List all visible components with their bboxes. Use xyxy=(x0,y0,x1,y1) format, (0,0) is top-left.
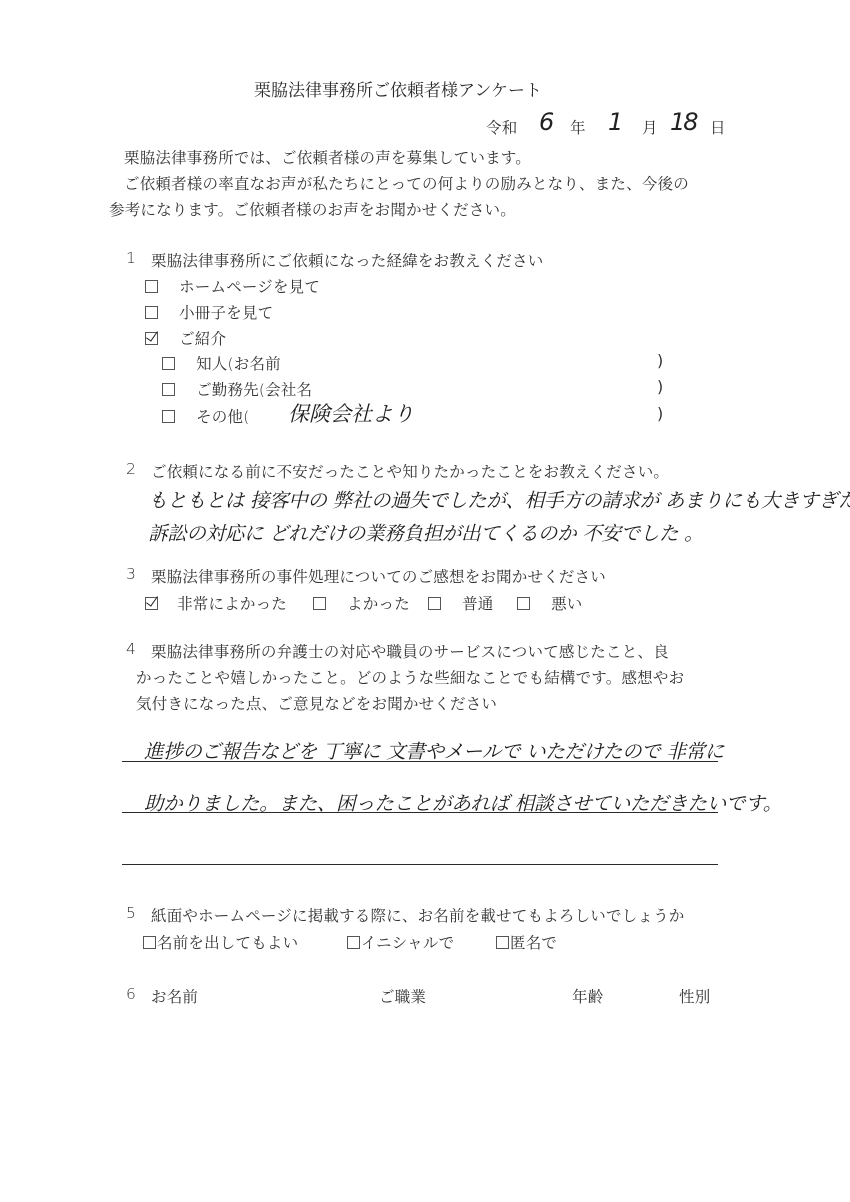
checkbox-icon[interactable] xyxy=(145,306,158,319)
q3-option-label: よかった xyxy=(347,595,410,613)
q4-text-line-1: 栗脇法律事務所の弁護士の対応や職員のサービスについて感じたこと、良 xyxy=(151,640,669,662)
q1-sub-option-close-paren: ) xyxy=(657,377,663,396)
q1-sub-option-label: その他( xyxy=(196,408,249,426)
q1-sub-option-close-paren: ) xyxy=(657,351,663,370)
date-day-value[interactable]: 18 xyxy=(670,108,697,136)
q2-number: 2 xyxy=(126,460,136,478)
date-year-value[interactable]: 6 xyxy=(539,108,554,136)
q4-text-line-2: かったことや嬉しかったこと。どのような些細なことでも結構です。感想やお xyxy=(136,666,684,688)
q1-sub-option-other[interactable]: その他( xyxy=(162,405,249,427)
q5-option-anonymous[interactable]: 匿名で xyxy=(496,931,557,953)
q1-sub-option-acquaintance[interactable]: 知人(お名前 xyxy=(162,352,281,374)
q3-number: 3 xyxy=(126,565,136,583)
q1-option-homepage[interactable]: ホームページを見て xyxy=(145,275,320,297)
date-month-unit: 月 xyxy=(642,116,658,138)
q6-field-name-label: お名前 xyxy=(151,985,198,1007)
q5-option-label: 名前を出してもよい xyxy=(157,934,298,952)
q5-option-real-name[interactable]: 名前を出してもよい xyxy=(143,931,298,953)
q3-option-label: 非常によかった xyxy=(177,595,287,613)
intro-line-3: 参考になります。ご依頼者様のお声をお聞かせください。 xyxy=(109,198,516,220)
checkbox-icon[interactable] xyxy=(313,597,326,610)
q2-text: ご依頼になる前に不安だったことや知りたかったことをお教えください。 xyxy=(151,460,669,482)
q3-option-good[interactable]: よかった xyxy=(313,592,410,614)
q6-field-occupation-value[interactable] xyxy=(440,985,560,1005)
date-era: 令和 xyxy=(486,116,517,138)
q6-field-name-value[interactable] xyxy=(220,985,360,1005)
checkbox-icon[interactable] xyxy=(162,357,175,370)
q1-option-label: 小冊子を見て xyxy=(179,304,273,322)
q6-field-gender-value[interactable] xyxy=(716,985,756,1005)
checkbox-icon[interactable] xyxy=(428,597,441,610)
q1-option-booklet[interactable]: 小冊子を見て xyxy=(145,301,273,323)
checkbox-icon[interactable] xyxy=(162,383,175,396)
q3-option-label: 普通 xyxy=(462,595,493,613)
q6-number: 6 xyxy=(126,985,136,1003)
checkbox-icon[interactable] xyxy=(517,597,530,610)
q1-option-label: ご紹介 xyxy=(179,330,226,348)
q6-field-occupation-label: ご職業 xyxy=(379,985,426,1007)
date-year-unit: 年 xyxy=(570,116,586,138)
q3-option-label: 悪い xyxy=(551,595,582,613)
answer-rule-3 xyxy=(122,864,718,865)
q4-number: 4 xyxy=(126,640,136,658)
q6-field-age-label: 年齢 xyxy=(572,985,603,1007)
q5-text: 紙面やホームページに掲載する際に、お名前を載せてもよろしいでしょうか xyxy=(151,904,685,926)
q1-option-label: ホームページを見て xyxy=(179,278,320,296)
date-day-unit: 日 xyxy=(710,116,726,138)
q1-sub-option-label: ご勤務先(会社名 xyxy=(196,381,312,399)
q5-option-label: 匿名で xyxy=(510,934,557,952)
q4-text-line-3: 気付きになった点、ご意見などをお聞かせください xyxy=(136,692,497,714)
checkbox-icon[interactable] xyxy=(162,410,175,423)
q1-sub-option-label: 知人(お名前 xyxy=(196,355,281,373)
q1-sub-option-close-paren: ) xyxy=(657,404,663,423)
q3-option-bad[interactable]: 悪い xyxy=(517,592,583,614)
q6-field-age-value[interactable] xyxy=(615,985,670,1005)
checkbox-checked-icon[interactable] xyxy=(145,332,158,345)
q2-answer-line-1[interactable]: もともとは 接客中の 弊社の過失でしたが、相手方の請求が あまりにも大きすぎたの… xyxy=(148,485,850,513)
q1-option-referral[interactable]: ご紹介 xyxy=(145,327,226,349)
date-month-value[interactable]: 1 xyxy=(608,108,623,136)
intro-line-2: ご依頼者様の率直なお声が私たちにとっての何よりの励みとなり、また、今後の xyxy=(124,172,689,194)
q1-text: 栗脇法律事務所にご依頼になった経緯をお教えください xyxy=(151,249,544,271)
q4-answer-line-1[interactable]: 進捗のご報告などを 丁寧に 文書やメールで いただけたので 非常に xyxy=(144,736,724,764)
intro-line-1: 栗脇法律事務所では、ご依頼者様の声を募集しています。 xyxy=(124,146,531,168)
q3-option-average[interactable]: 普通 xyxy=(428,592,494,614)
q5-number: 5 xyxy=(126,904,136,922)
q1-sub-option-employer[interactable]: ご勤務先(会社名 xyxy=(162,378,312,400)
checkbox-icon[interactable] xyxy=(143,936,156,949)
q6-field-gender-label: 性別 xyxy=(679,985,710,1007)
checkbox-icon[interactable] xyxy=(145,280,158,293)
answer-rule-1 xyxy=(122,761,718,762)
q5-option-label: イニシャルで xyxy=(361,934,454,952)
q5-option-initials[interactable]: イニシャルで xyxy=(347,931,454,953)
checkbox-icon[interactable] xyxy=(496,936,509,949)
checkbox-icon[interactable] xyxy=(347,936,360,949)
q1-number: 1 xyxy=(126,249,136,267)
page-title: 栗脇法律事務所ご依頼者様アンケート xyxy=(254,76,542,101)
checkbox-checked-icon[interactable] xyxy=(145,597,158,610)
q2-answer-line-2[interactable]: 訴訟の対応に どれだけの業務負担が出てくるのか 不安でした 。 xyxy=(148,518,703,546)
answer-rule-2 xyxy=(122,812,718,813)
q3-text: 栗脇法律事務所の事件処理についてのご感想をお聞かせください xyxy=(151,565,606,587)
q1-other-value[interactable]: 保険会社より xyxy=(288,398,414,428)
q3-option-very-good[interactable]: 非常によかった xyxy=(145,592,287,614)
